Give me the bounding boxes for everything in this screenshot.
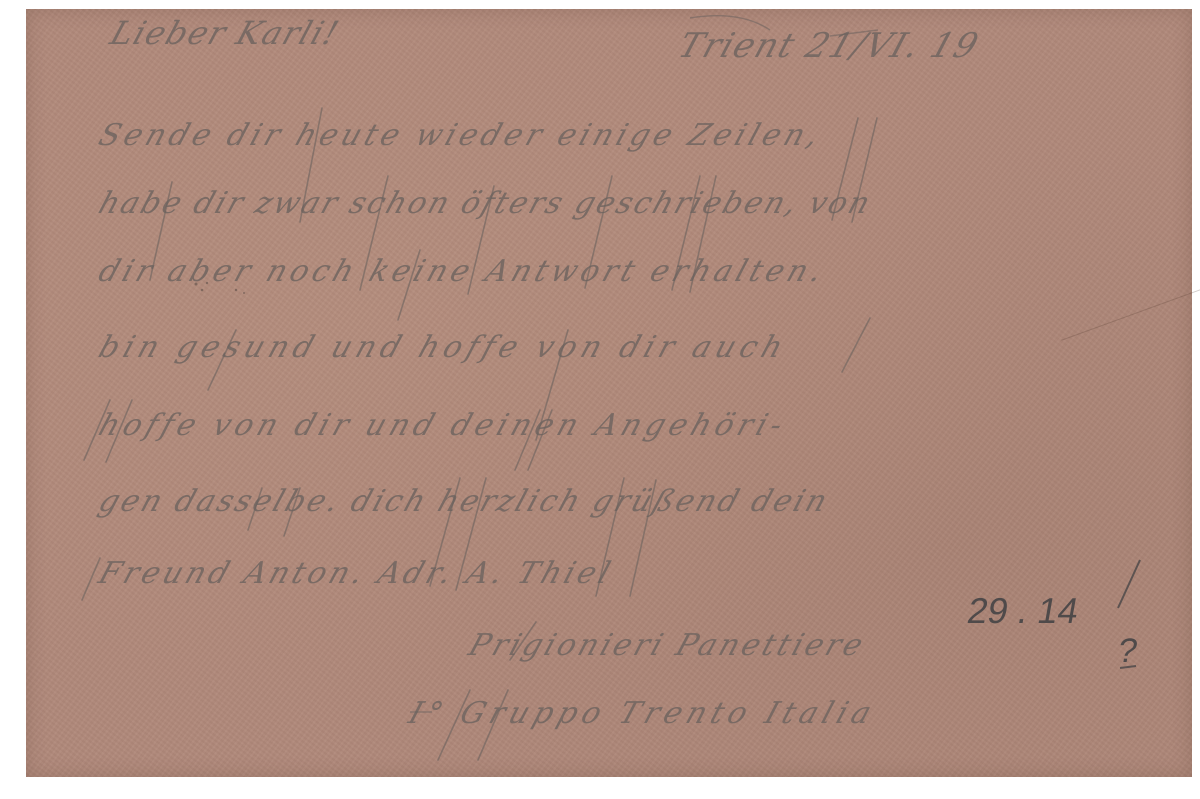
archive-annotation-number: 29 . 14 bbox=[964, 590, 1081, 632]
address-line-2: I° Gruppo Trento Italia bbox=[404, 696, 880, 731]
body-line-2: habe dir zwar schon öfters geschrieben, … bbox=[94, 186, 876, 221]
body-line-3: dir aber noch keine Antwort erhalten. bbox=[94, 254, 830, 289]
body-line-4: bin gesund und hoffe von dir auch bbox=[94, 330, 792, 365]
body-line-6: gen dasselbe. dich herzlich grüßend dein bbox=[94, 484, 834, 519]
body-line-5: hoffe von dir und deinen Angehöri- bbox=[94, 408, 791, 443]
address-line-1: Prigionieri Panettiere bbox=[464, 628, 870, 663]
body-line-7: Freund Anton. Adr. A. Thiel bbox=[94, 556, 618, 591]
body-line-1: Sende dir heute wieder einige Zeilen, bbox=[94, 118, 827, 153]
salutation: Lieber Karli! bbox=[106, 14, 345, 52]
place-date: Trient 21/VI. 19 bbox=[674, 26, 985, 66]
